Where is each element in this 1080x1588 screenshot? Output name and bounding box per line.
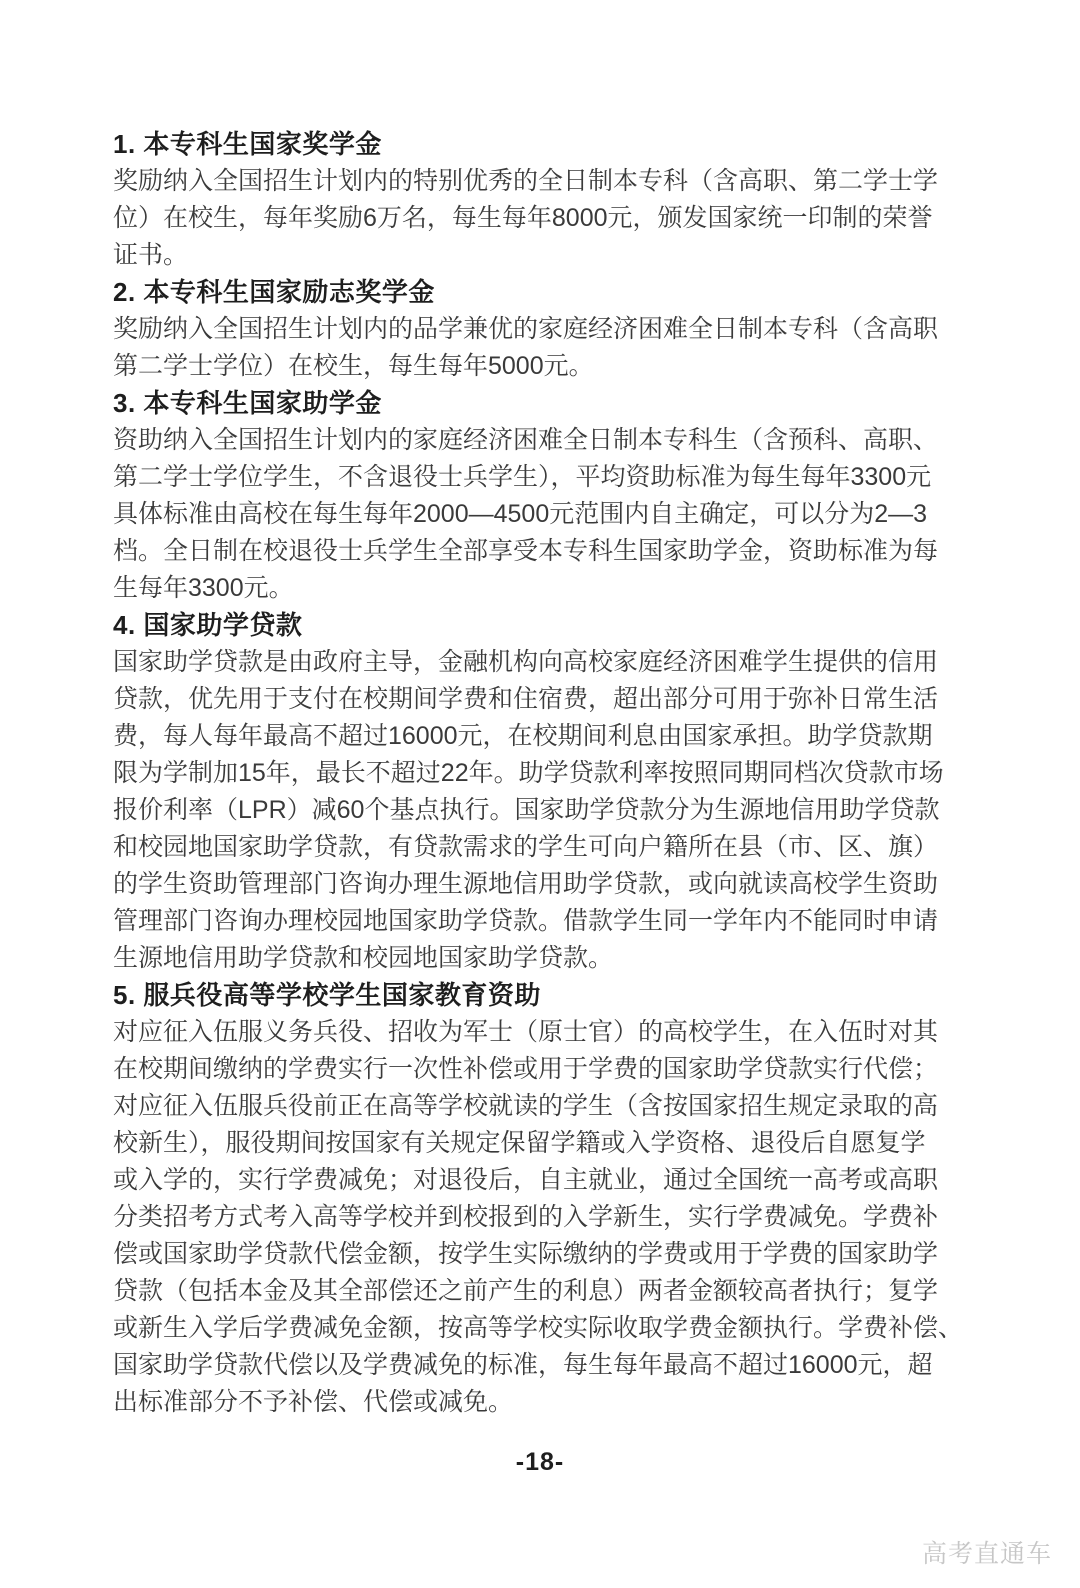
document-content: 1. 本专科生国家奖学金 奖励纳入全国招生计划内的特别优秀的全日制本专科（含高职… <box>113 126 1063 1421</box>
document-section: 5. 服兵役高等学校学生国家教育资助 对应征入伍服义务兵役、招收为军士（原士官）… <box>113 977 1063 1421</box>
section-heading: 2. 本专科生国家励志奖学金 <box>113 274 1063 311</box>
section-paragraph: 奖励纳入全国招生计划内的特别优秀的全日制本专科（含高职、第二学士学 位）在校生，… <box>113 163 1063 274</box>
section-heading: 4. 国家助学贷款 <box>113 607 1063 644</box>
document-section: 1. 本专科生国家奖学金 奖励纳入全国招生计划内的特别优秀的全日制本专科（含高职… <box>113 126 1063 274</box>
section-heading: 1. 本专科生国家奖学金 <box>113 126 1063 163</box>
document-section: 3. 本专科生国家助学金 资助纳入全国招生计划内的家庭经济困难全日制本专科生（含… <box>113 385 1063 607</box>
section-paragraph: 对应征入伍服义务兵役、招收为军士（原士官）的高校学生，在入伍时对其 在校期间缴纳… <box>113 1014 1063 1421</box>
document-section: 4. 国家助学贷款 国家助学贷款是由政府主导，金融机构向高校家庭经济困难学生提供… <box>113 607 1063 977</box>
section-heading: 5. 服兵役高等学校学生国家教育资助 <box>113 977 1063 1014</box>
section-paragraph: 资助纳入全国招生计划内的家庭经济困难全日制本专科生（含预科、高职、 第二学士学位… <box>113 422 1063 607</box>
section-paragraph: 国家助学贷款是由政府主导，金融机构向高校家庭经济困难学生提供的信用 贷款，优先用… <box>113 644 1063 977</box>
page-number: -18- <box>0 1448 1080 1477</box>
section-heading: 3. 本专科生国家助学金 <box>113 385 1063 422</box>
section-paragraph: 奖励纳入全国招生计划内的品学兼优的家庭经济困难全日制本专科（含高职 第二学士学位… <box>113 311 1063 385</box>
document-section: 2. 本专科生国家励志奖学金 奖励纳入全国招生计划内的品学兼优的家庭经济困难全日… <box>113 274 1063 385</box>
document-page: 1. 本专科生国家奖学金 奖励纳入全国招生计划内的特别优秀的全日制本专科（含高职… <box>0 0 1080 1588</box>
watermark: 高考直通车 <box>922 1534 1052 1570</box>
